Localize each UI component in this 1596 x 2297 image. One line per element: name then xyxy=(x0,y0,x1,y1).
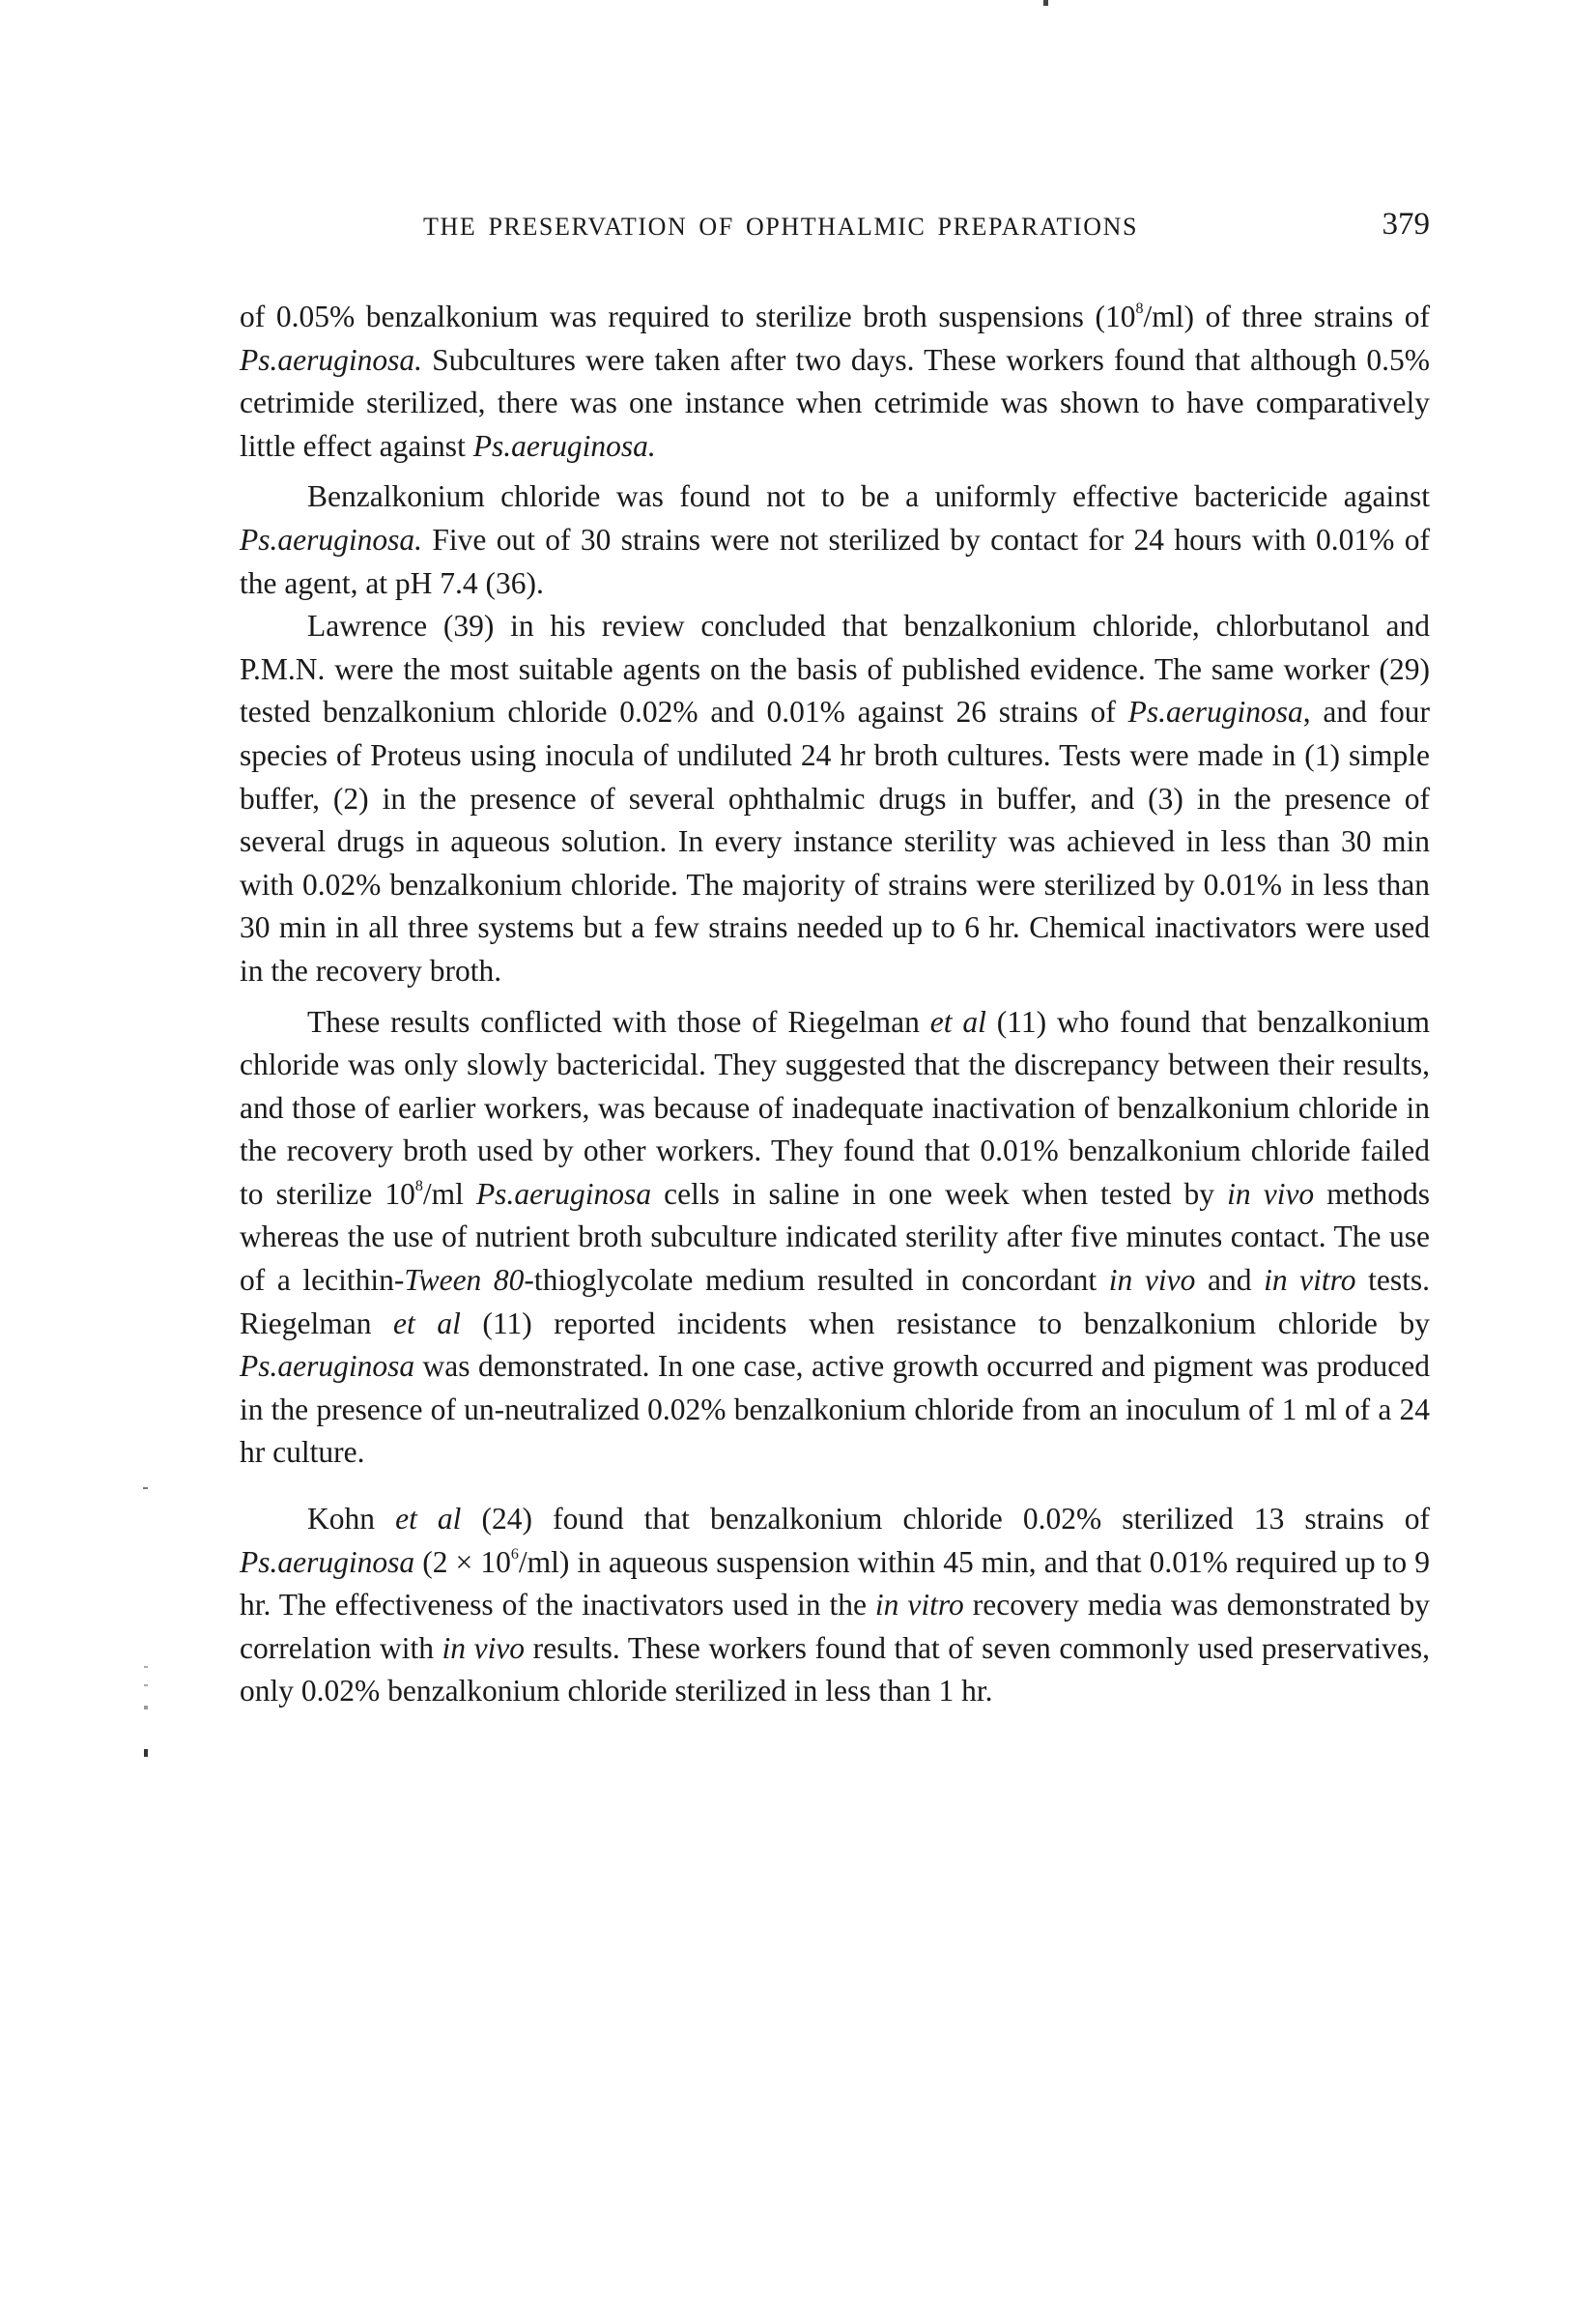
scan-artifact xyxy=(143,1487,148,1489)
italic-text: et al xyxy=(395,1502,461,1536)
scan-artifact xyxy=(144,1749,148,1757)
text-run: /ml) of three strains of xyxy=(1143,300,1430,333)
scan-artifact xyxy=(144,1684,148,1686)
text-run: (11) reported incidents when resistance … xyxy=(461,1306,1430,1340)
scan-artifact xyxy=(144,1706,148,1709)
running-head: THE PRESERVATION OF OPHTHALMIC PREPARATI… xyxy=(240,207,1430,245)
paragraph: Kohn et al (24) found that benzalkonium … xyxy=(240,1498,1430,1713)
italic-text: Tween 80 xyxy=(404,1263,524,1297)
text-run: Kohn xyxy=(307,1502,395,1536)
body-text: of 0.05% benzalkonium was required to st… xyxy=(240,296,1430,1713)
text-run: /ml xyxy=(423,1177,476,1211)
italic-text: in vivo xyxy=(1109,1263,1196,1297)
page-number: 379 xyxy=(1382,207,1431,243)
superscript: 8 xyxy=(415,1178,423,1194)
italic-text: et al xyxy=(930,1005,986,1039)
text-run: -thioglycolate medium resulted in concor… xyxy=(524,1263,1108,1297)
text-run: Benzalkonium chloride was found not to b… xyxy=(307,479,1430,513)
italic-text: Ps.aeruginosa. xyxy=(473,429,656,463)
text-run: cells in saline in one week when tested … xyxy=(651,1177,1227,1211)
italic-text: Ps.aeruginosa. xyxy=(240,343,422,377)
text-run: These results conflicted with those of R… xyxy=(307,1005,930,1039)
paragraph: These results conflicted with those of R… xyxy=(240,1001,1430,1476)
scan-artifact xyxy=(144,1666,148,1668)
italic-text: in vivo xyxy=(442,1631,526,1665)
italic-text: Ps.aeruginosa xyxy=(240,1349,414,1383)
italic-text: et al xyxy=(393,1306,461,1340)
text-run: (24) found that benzalkonium chloride 0.… xyxy=(461,1502,1430,1536)
text-run: (2 × 10 xyxy=(414,1545,511,1579)
superscript: 6 xyxy=(511,1546,519,1563)
paragraph: Lawrence (39) in his review concluded th… xyxy=(240,605,1430,992)
text-run: and xyxy=(1195,1263,1264,1297)
italic-text: Ps.aeruginosa. xyxy=(240,523,422,557)
italic-text: Ps.aeruginosa xyxy=(1128,695,1303,729)
paragraph: of 0.05% benzalkonium was required to st… xyxy=(240,296,1430,468)
italic-text: in vitro xyxy=(1264,1263,1355,1297)
italic-text: Ps.aeruginosa xyxy=(240,1545,414,1579)
italic-text: Ps.aeruginosa xyxy=(476,1177,651,1211)
paragraph: Benzalkonium chloride was found not to b… xyxy=(240,475,1430,605)
text-run: of 0.05% benzalkonium was required to st… xyxy=(240,300,1135,333)
scan-artifact xyxy=(1043,0,1048,6)
italic-text: in vitro xyxy=(875,1588,964,1622)
text-run: , and four species of Proteus using inoc… xyxy=(240,695,1430,988)
running-title: THE PRESERVATION OF OPHTHALMIC PREPARATI… xyxy=(423,213,1138,242)
italic-text: in vivo xyxy=(1227,1177,1314,1211)
text-run: was demonstrated. In one case, active gr… xyxy=(240,1349,1430,1469)
